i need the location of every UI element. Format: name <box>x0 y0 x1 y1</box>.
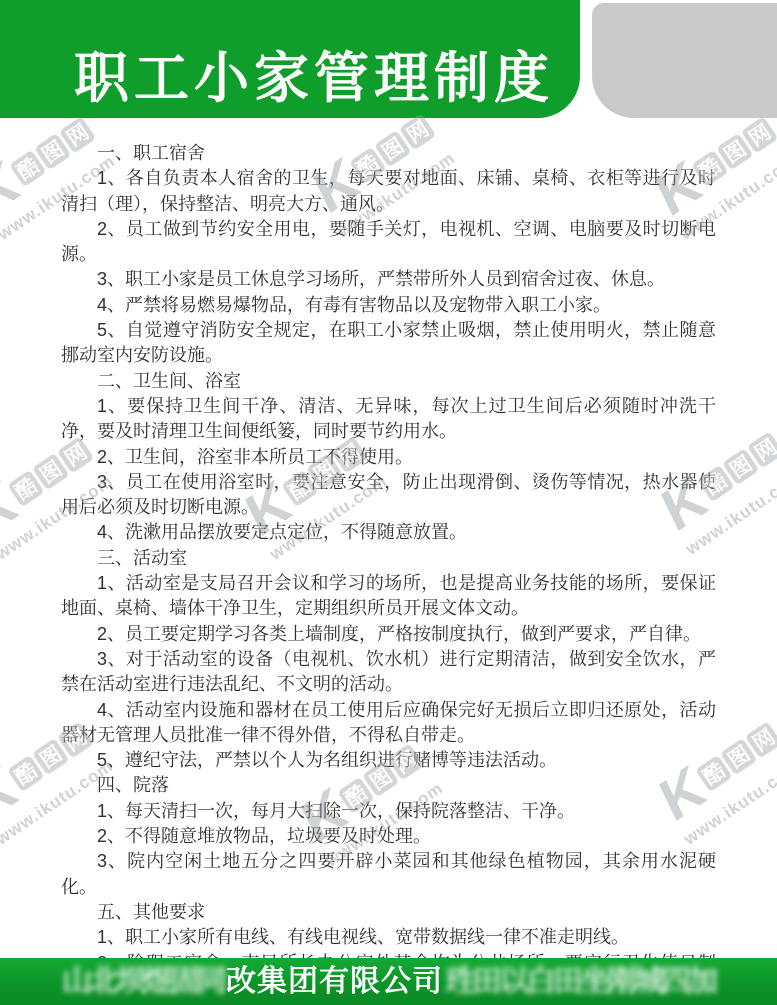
kutu-k-icon: K <box>0 471 25 547</box>
section-item: 1、要保持卫生间干净、清洁、无异味，每次上过卫生间后必须随时冲洗干净，要及时清理… <box>61 394 716 445</box>
kutu-k-icon: K <box>0 151 27 227</box>
section-item: 1、各自负责本人宿舍的卫生，每天要对地面、床铺、桌椅、衣柜等进行及时清扫（理），… <box>61 166 716 217</box>
section-heading: 五、其他要求 <box>61 900 716 925</box>
poster-page: 职工小家管理制度 一、职工宿舍1、各自负责本人宿舍的卫生，每天要对地面、床铺、桌… <box>0 0 777 1005</box>
section-item: 4、活动室内设施和器材在员工使用后应确保完好无损后立即归还原处，活动器材无管理人… <box>61 698 716 749</box>
section-item: 3、院内空闲土地五分之四要开辟小菜园和其他绿色植物园，其余用水泥硬化。 <box>61 849 716 900</box>
section-item: 1、活动室是支局召开会议和学习的场所，也是提高业务技能的场所，要保证地面、桌椅、… <box>61 571 716 622</box>
section-item: 4、洗漱用品摆放要定点定位，不得随意放置。 <box>61 520 716 545</box>
kutu-logo-char: 图 <box>722 448 759 485</box>
kutu-logo-char: 网 <box>747 431 777 468</box>
section-item: 1、每天清扫一次，每月大扫除一次，保持院落整洁、干净。 <box>61 799 716 824</box>
footer-obscured-left: 山北坝煜固同 <box>62 967 224 997</box>
footer-banner: 山北坝煜固同 改集团有限公司 珄田以白田坐刚城四加 <box>0 958 777 1005</box>
kutu-logo-char: 酷 <box>9 149 46 186</box>
section-item: 2、不得随意堆放物品，垃圾要及时处理。 <box>61 824 716 849</box>
kutu-logo-char: 酷 <box>7 754 44 791</box>
section-heading: 四、院落 <box>61 773 716 798</box>
page-title: 职工小家管理制度 <box>74 51 554 106</box>
footer-obscured-right: 珄田以白田坐刚城四加 <box>445 967 715 997</box>
section-item: 1、职工小家所有电线、有线电视线、宽带数据线一律不准走明线。 <box>61 925 716 950</box>
section-item: 4、严禁将易燃易爆物品，有毒有害物品以及宠物带入职工小家。 <box>61 293 716 318</box>
kutu-logo-char: 图 <box>720 738 757 775</box>
section-item: 2、员工要定期学习各类上墙制度，严格按制度执行，做到严要求，严自律。 <box>61 622 716 647</box>
section-heading: 一、职工宿舍 <box>61 141 716 166</box>
header-banner: 职工小家管理制度 <box>0 0 580 118</box>
kutu-logo-char: 酷 <box>7 469 44 506</box>
section-heading: 三、活动室 <box>61 546 716 571</box>
section-item: 3、对于活动室的设备（电视机、饮水机）进行定期清洁，做到安全饮水，严禁在活动室进… <box>61 647 716 698</box>
kutu-logo-char: 网 <box>745 721 777 758</box>
section-item: 5、自觉遵守消防安全规定，在职工小家禁止吸烟，禁止使用明火，禁止随意挪动室内安防… <box>61 318 716 369</box>
section-item: 3、职工小家是员工休息学习场所，严禁带所外人员到宿舍过夜、休息。 <box>61 267 716 292</box>
document-body: 一、职工宿舍1、各自负责本人宿舍的卫生，每天要对地面、床铺、桌椅、衣柜等进行及时… <box>61 141 716 1001</box>
kutu-logo-char: 图 <box>716 133 753 170</box>
section-item: 2、员工做到节约安全用电，要随手关灯，电视机、空调、电脑要及时切断电源。 <box>61 217 716 268</box>
footer-company-line: 山北坝煜固同 改集团有限公司 珄田以白田坐刚城四加 <box>62 967 715 997</box>
footer-company-name: 改集团有限公司 <box>226 967 443 997</box>
section-heading: 二、卫生间、浴室 <box>61 369 716 394</box>
kutu-k-icon: K <box>0 756 25 832</box>
section-item: 3、员工在使用浴室时，要注意安全，防止出现滑倒、烫伤等情况，热水器使用后必须及时… <box>61 470 716 521</box>
kutu-logo-char: 网 <box>741 116 777 153</box>
section-item: 2、卫生间，浴室非本所员工不得使用。 <box>61 445 716 470</box>
corner-gray-block <box>592 3 777 118</box>
section-item: 5、遵纪守法，严禁以个人为名组织进行赌博等违法活动。 <box>61 748 716 773</box>
